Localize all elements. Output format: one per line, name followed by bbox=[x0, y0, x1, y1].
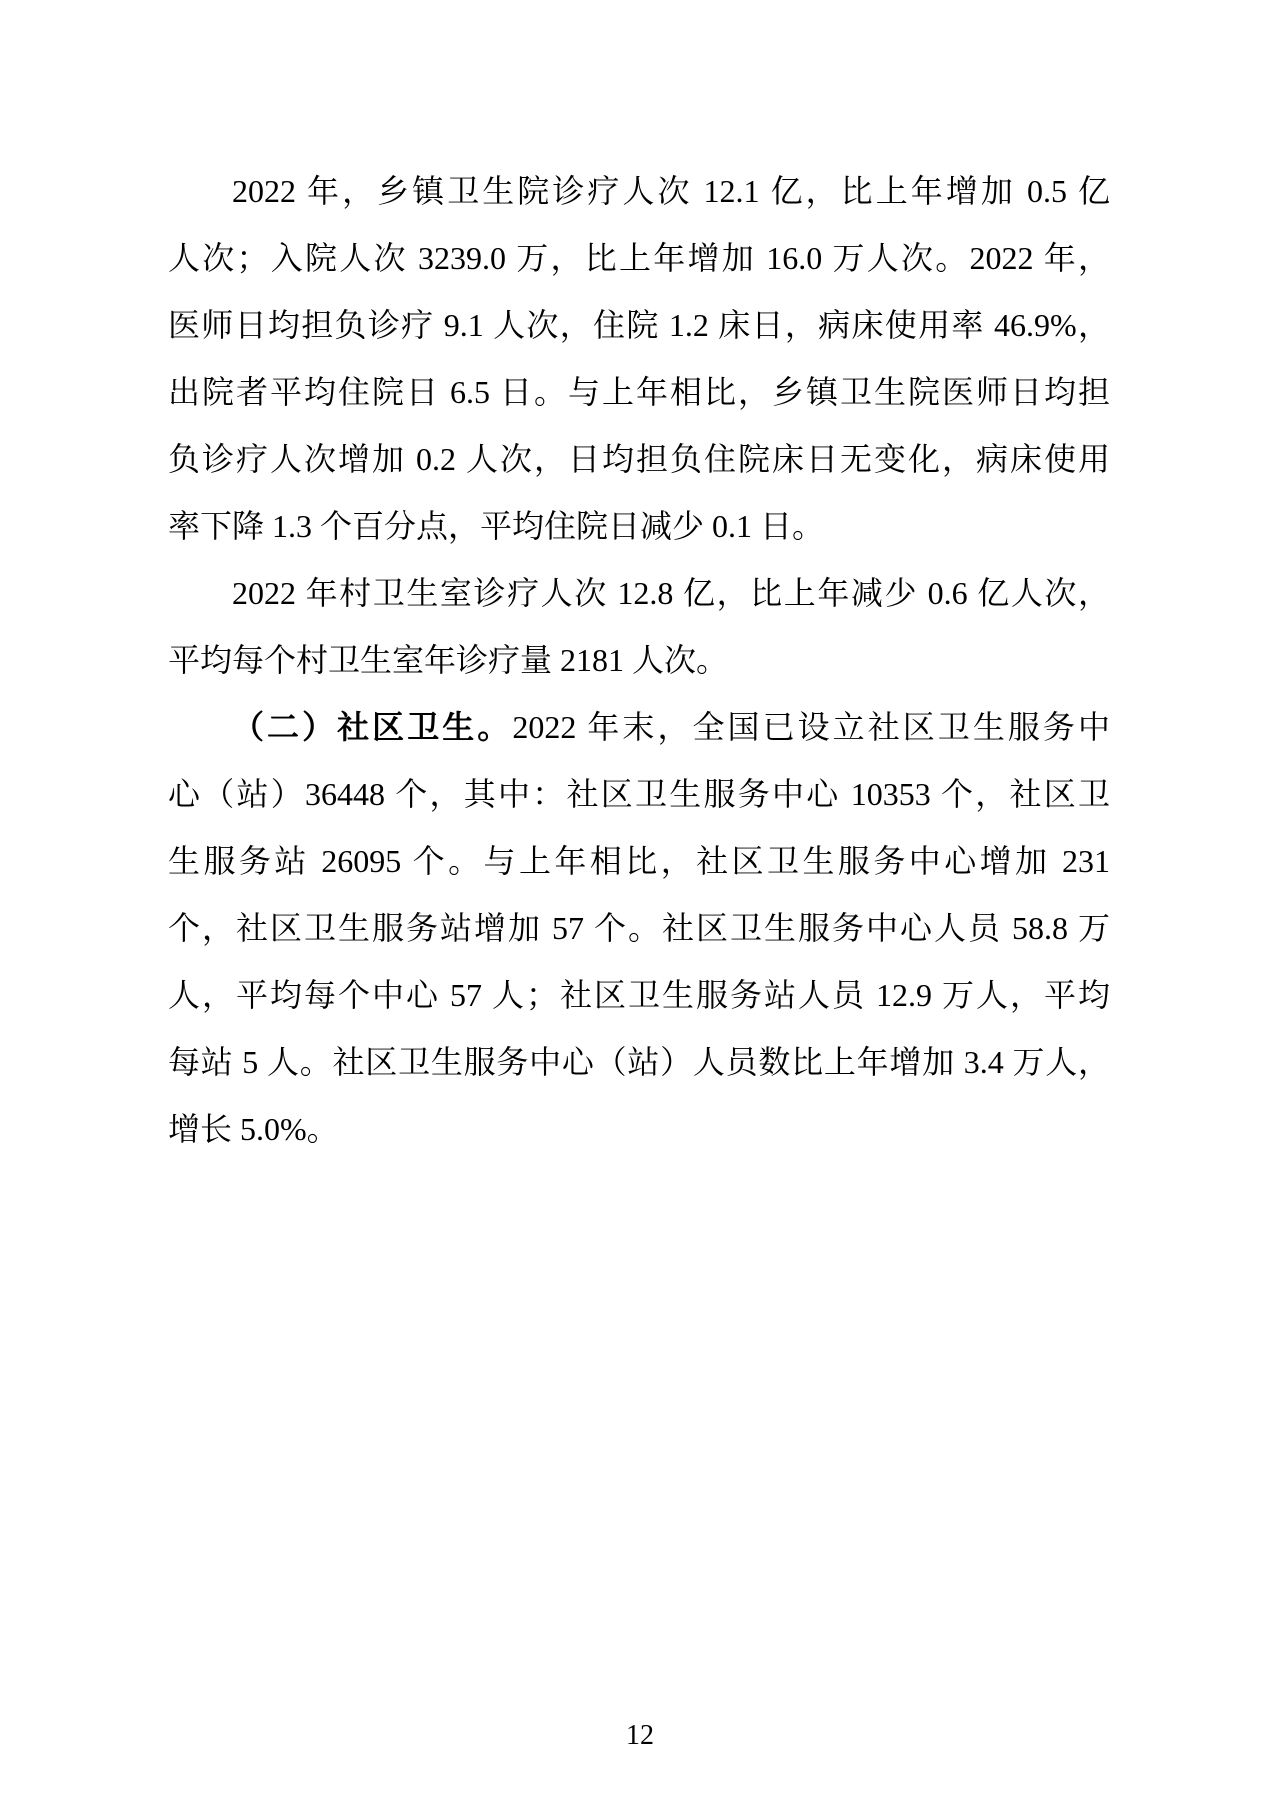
paragraph-line: 人次；入院人次 3239.0 万，比上年增加 16.0 万人次。2022 年， bbox=[168, 225, 1110, 292]
paragraph-line: 平均每个村卫生室年诊疗量 2181 人次。 bbox=[168, 627, 1110, 694]
paragraph-line: 率下降 1.3 个百分点，平均住院日减少 0.1 日。 bbox=[168, 493, 1110, 560]
document-page: 2022 年，乡镇卫生院诊疗人次 12.1 亿，比上年增加 0.5 亿 人次；入… bbox=[0, 0, 1280, 1810]
paragraph-line: （二）社区卫生。2022 年末，全国已设立社区卫生服务中 bbox=[168, 694, 1110, 761]
section-heading-community-health: （二）社区卫生。 bbox=[232, 709, 512, 745]
paragraph-line: 医师日均担负诊疗 9.1 人次，住院 1.2 床日，病床使用率 46.9%， bbox=[168, 292, 1110, 359]
paragraph-line: 每站 5 人。社区卫生服务中心（站）人员数比上年增加 3.4 万人， bbox=[168, 1029, 1110, 1096]
paragraph-line: 增长 5.0%。 bbox=[168, 1096, 1110, 1163]
paragraph-line: 2022 年，乡镇卫生院诊疗人次 12.1 亿，比上年增加 0.5 亿 bbox=[168, 158, 1110, 225]
paragraph-township-hospitals: 2022 年，乡镇卫生院诊疗人次 12.1 亿，比上年增加 0.5 亿 人次；入… bbox=[168, 158, 1110, 560]
page-number: 12 bbox=[626, 1720, 654, 1751]
page-body: 2022 年，乡镇卫生院诊疗人次 12.1 亿，比上年增加 0.5 亿 人次；入… bbox=[168, 158, 1110, 1163]
paragraph-village-clinics: 2022 年村卫生室诊疗人次 12.8 亿，比上年减少 0.6 亿人次， 平均每… bbox=[168, 560, 1110, 694]
paragraph-line: 负诊疗人次增加 0.2 人次，日均担负住院床日无变化，病床使用 bbox=[168, 426, 1110, 493]
section-heading-continuation: 2022 年末，全国已设立社区卫生服务中 bbox=[512, 709, 1110, 745]
paragraph-line: 心（站）36448 个，其中：社区卫生服务中心 10353 个，社区卫 bbox=[168, 761, 1110, 828]
paragraph-line: 生服务站 26095 个。与上年相比，社区卫生服务中心增加 231 bbox=[168, 828, 1110, 895]
paragraph-line: 出院者平均住院日 6.5 日。与上年相比，乡镇卫生院医师日均担 bbox=[168, 359, 1110, 426]
paragraph-line: 2022 年村卫生室诊疗人次 12.8 亿，比上年减少 0.6 亿人次， bbox=[168, 560, 1110, 627]
page-footer: 12 bbox=[0, 1712, 1280, 1760]
paragraph-community-health: （二）社区卫生。2022 年末，全国已设立社区卫生服务中 心（站）36448 个… bbox=[168, 694, 1110, 1163]
paragraph-line: 个，社区卫生服务站增加 57 个。社区卫生服务中心人员 58.8 万 bbox=[168, 895, 1110, 962]
paragraph-line: 人，平均每个中心 57 人；社区卫生服务站人员 12.9 万人，平均 bbox=[168, 962, 1110, 1029]
